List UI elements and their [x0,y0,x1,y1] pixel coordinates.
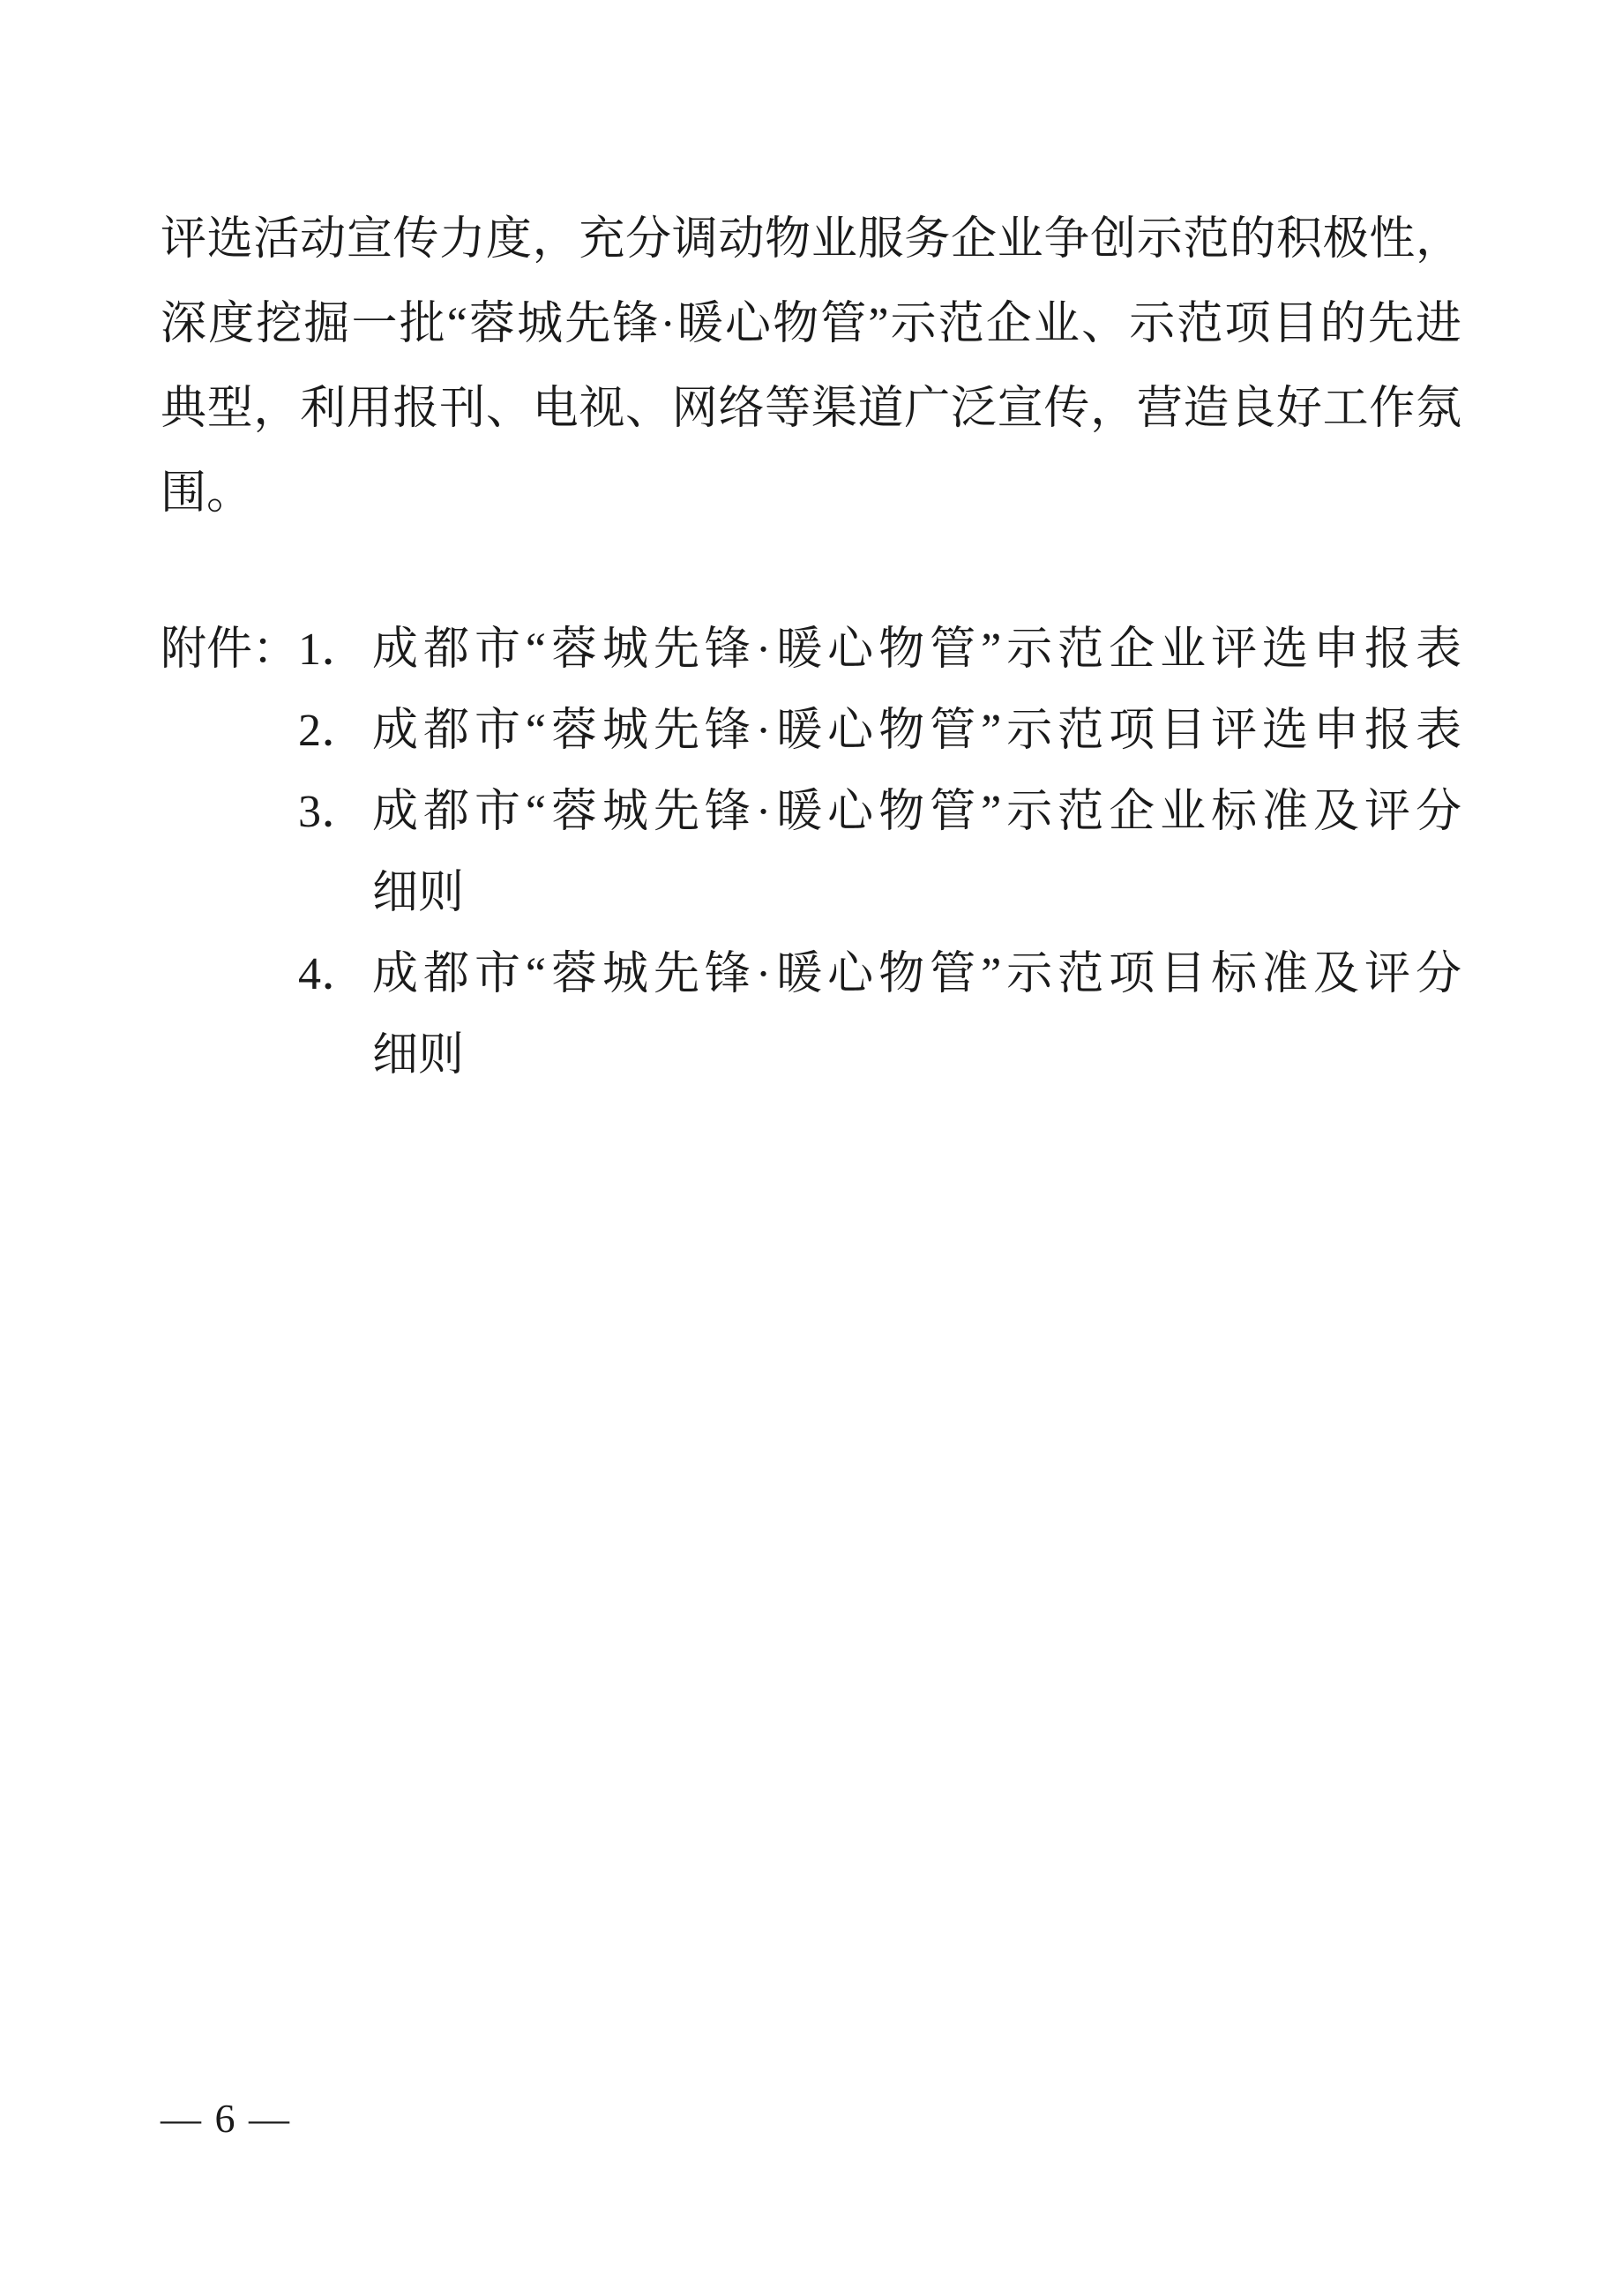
document-page: 评选活动宣传力度，充分调动物业服务企业争创示范的积极性， 深度挖掘一批“蓉城先锋… [0,0,1622,2296]
attachment-row: 细则 [161,1015,1461,1096]
attachment-list: 附件： 1． 成都市“蓉城先锋·暖心物管”示范企业评选申报表 2． 成都市“蓉城… [161,610,1461,1096]
attachment-item-number: 2． [298,691,372,772]
attachment-item-number: 4． [298,934,372,1015]
attachment-row: 附件： 1． 成都市“蓉城先锋·暖心物管”示范企业评选申报表 [161,610,1461,691]
page-number: — 6 — [161,2098,291,2139]
attachment-item-continuation: 细则 [372,1015,1461,1096]
attachment-item-text: 成都市“蓉城先锋·暖心物管”示范企业标准及评分 [372,772,1461,853]
attachment-row: 细则 [161,853,1461,934]
paragraph-line: 深度挖掘一批“蓉城先锋·暖心物管”示范企业、示范项目的先进 [161,282,1461,367]
body-paragraph: 评选活动宣传力度，充分调动物业服务企业争创示范的积极性， 深度挖掘一批“蓉城先锋… [161,198,1461,536]
paragraph-line: 围。 [161,452,1461,536]
attachment-row: 2． 成都市“蓉城先锋·暖心物管”示范项目评选申报表 [161,691,1461,772]
attachment-item-text: 成都市“蓉城先锋·暖心物管”示范企业评选申报表 [372,610,1461,691]
paragraph-line: 典型，利用报刊、电视、网络等渠道广泛宣传，营造良好工作氛 [161,367,1461,452]
attachment-item-number: 1． [298,610,372,691]
page-content: 评选活动宣传力度，充分调动物业服务企业争创示范的积极性， 深度挖掘一批“蓉城先锋… [161,0,1461,1096]
paragraph-line: 评选活动宣传力度，充分调动物业服务企业争创示范的积极性， [161,198,1461,282]
attachment-label: 附件： [161,610,298,691]
attachment-item-text: 成都市“蓉城先锋·暖心物管”示范项目评选申报表 [372,691,1461,772]
attachment-item-number: 3． [298,772,372,853]
attachment-row: 4． 成都市“蓉城先锋·暖心物管”示范项目标准及评分 [161,934,1461,1015]
attachment-item-continuation: 细则 [372,853,1461,934]
attachment-item-text: 成都市“蓉城先锋·暖心物管”示范项目标准及评分 [372,934,1461,1015]
attachment-row: 3． 成都市“蓉城先锋·暖心物管”示范企业标准及评分 [161,772,1461,853]
